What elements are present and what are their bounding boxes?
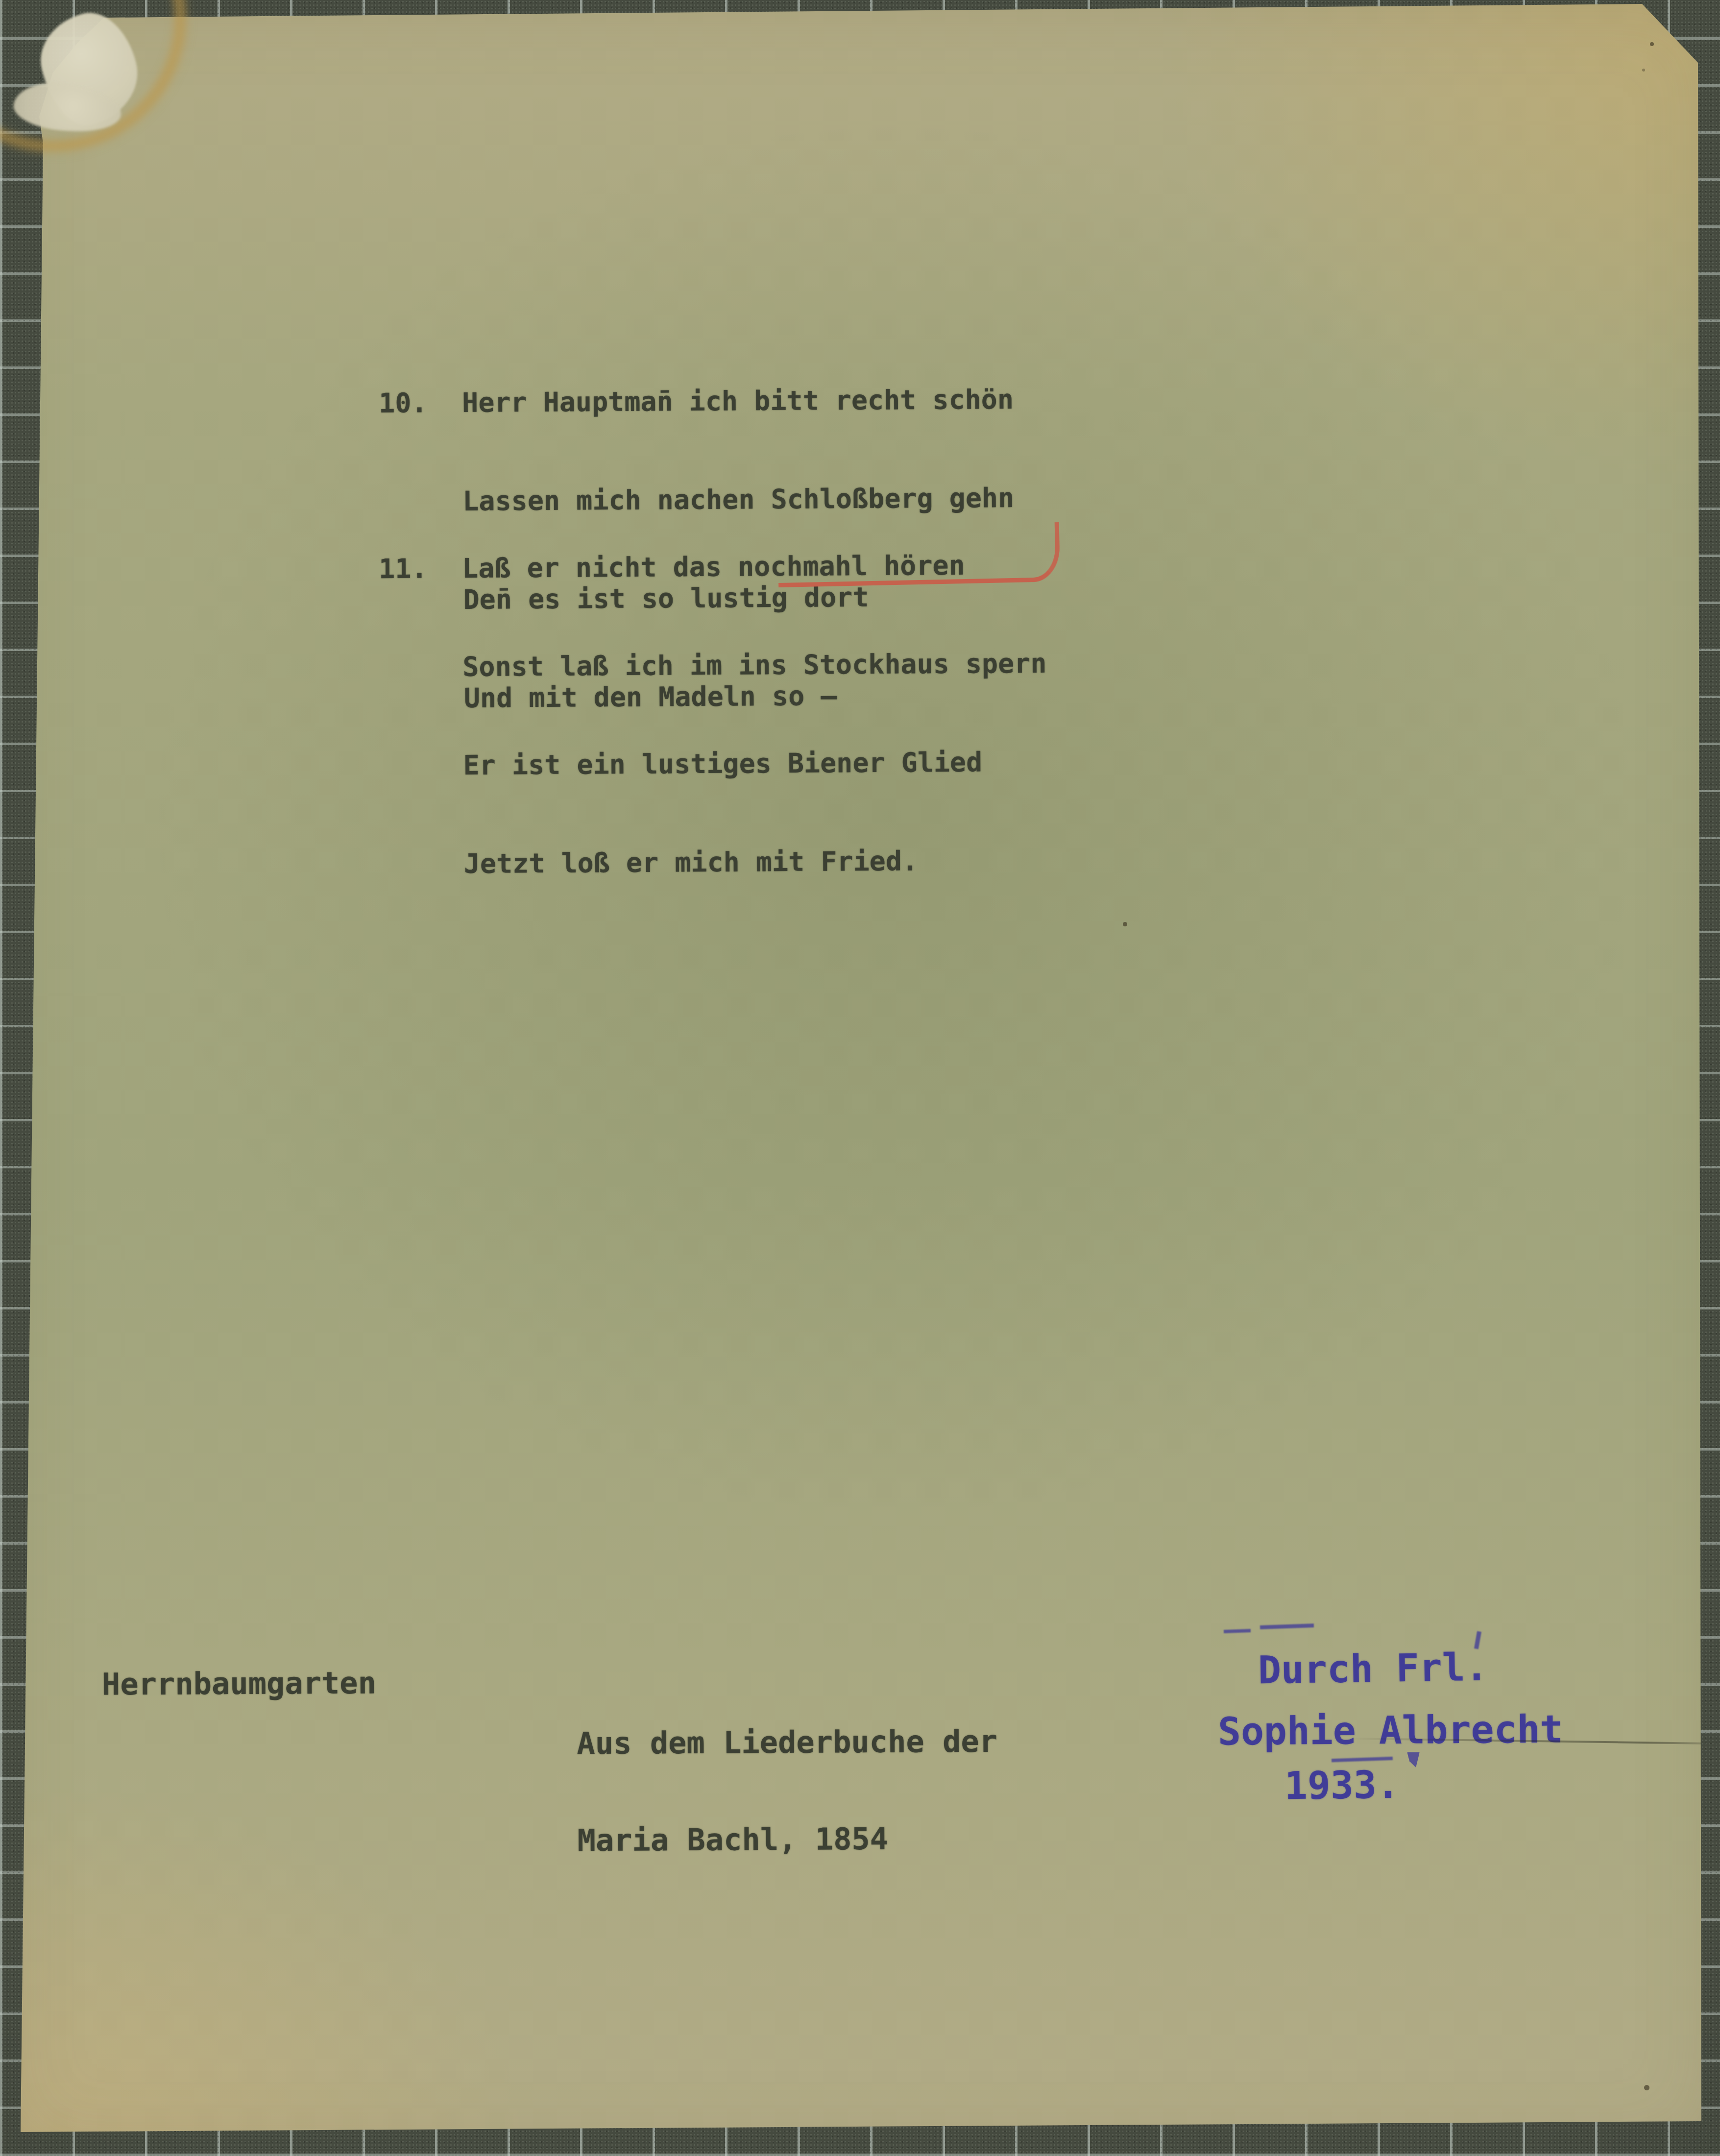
source-line: Aus dem Liederbuche der <box>577 1725 997 1760</box>
stanza-line-text: Herr Hauptman̄ ich bitt recht schön <box>462 384 1014 418</box>
scan-photo: 10.Herr Hauptman̄ ich bitt recht schön L… <box>0 0 1720 2156</box>
place-annotation: Herrnbaumgarten <box>102 1665 376 1702</box>
stamp-artifact-flag <box>1407 1752 1420 1768</box>
stamp-overline-33 <box>1332 1757 1393 1762</box>
stanza-number: 10. <box>379 387 462 420</box>
stanza-line: Sonst laß ich im ins Stockhaus spern <box>379 647 1046 684</box>
stanza-line: 10.Herr Hauptman̄ ich bitt recht schön <box>379 383 1014 420</box>
red-underline-annotation <box>777 522 1060 587</box>
stanza-number: 11. <box>379 552 462 585</box>
paper-speck <box>1642 69 1645 72</box>
source-line: Maria Bachl, 1854 <box>577 1822 998 1857</box>
collector-stamp-line1: Durch Frl. <box>1258 1646 1488 1693</box>
paper-sheet: 10.Herr Hauptman̄ ich bitt recht schön L… <box>0 0 1720 2156</box>
stamp-artifact-dash <box>1260 1623 1314 1629</box>
paper-speck <box>1650 42 1654 46</box>
paper-speck <box>1123 922 1127 926</box>
collector-stamp-line3: 1933. <box>1284 1763 1400 1808</box>
collector-stamp-line2: Sophie Albrecht <box>1218 1708 1563 1754</box>
paper-speck <box>1644 2085 1649 2090</box>
source-annotation: Aus dem Liederbuche der Maria Bachl, 185… <box>577 1661 998 1921</box>
stanza-line: Er ist ein lustiges Biener Glied <box>380 746 1047 782</box>
stamp-artifact-dash <box>1224 1629 1251 1633</box>
stanza-line: Jetzt loß er mich mit Fried. <box>381 844 1048 881</box>
